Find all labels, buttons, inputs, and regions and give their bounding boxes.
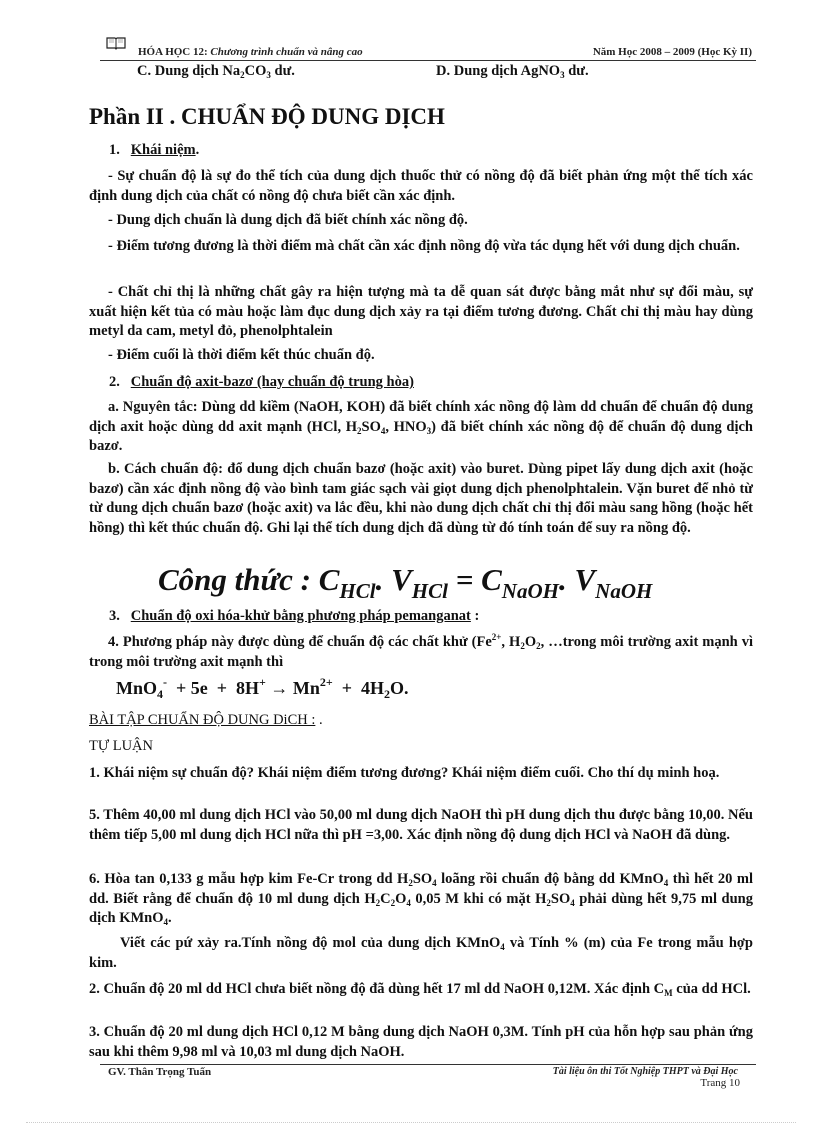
exercise-6: 6. Hòa tan 0,133 g mẫu hợp kim Fe-Cr tro… [89, 870, 753, 929]
exercise-6-followup: Viết các pứ xảy ra.Tính nồng độ mol của … [89, 934, 753, 973]
exercise-1: 1. Khái niệm sự chuẩn độ? Khái niệm điểm… [89, 764, 753, 784]
paragraph-equivalence-point: - Điểm tương đương là thời điểm mà chất … [89, 237, 753, 257]
option-d: D. Dung dịch AgNO3 dư. [436, 62, 736, 82]
paragraph-method: b. Cách chuẩn độ: đổ dung dịch chuẩn baz… [89, 460, 753, 538]
heading-concept: 1. Khái niệm. [109, 141, 773, 161]
exercise-2: 2. Chuẩn độ 20 ml dd HCl chưa biết nồng … [89, 980, 753, 1000]
option-c: C. Dung dịch Na2CO3 dư. [137, 62, 437, 82]
heading-acid-base: 2. Chuẩn độ axit-bazơ (hay chuẩn độ trun… [109, 373, 773, 393]
paragraph-principle: a. Nguyên tắc: Dùng dd kiềm (NaOH, KOH) … [89, 398, 753, 457]
exercises-heading: BÀI TẬP CHUẨN ĐỘ DUNG DiCH : . [89, 711, 753, 731]
page-footer: GV. Thân Trọng Tuấn Tài liệu ôn thi Tốt … [100, 1064, 756, 1095]
exercise-3: 3. Chuẩn độ 20 ml dung dịch HCl 0,12 M b… [89, 1023, 753, 1062]
paragraph-permanganate: 4. Phương pháp này được dùng để chuẩn độ… [89, 633, 753, 672]
paragraph-indicator: - Chất chỉ thị là những chất gây ra hiện… [89, 283, 753, 342]
section-title: Phần II . CHUẨN ĐỘ DUNG DỊCH [89, 104, 445, 130]
exercises-subheading: TỰ LUẬN [89, 737, 753, 757]
permanganate-equation: MnO4- + 5e + 8H+ → Mn2+ + 4H2O. [116, 678, 409, 699]
titration-formula: Công thức : CHCl. VHCl = CNaOH. VNaOH [158, 562, 652, 598]
footer-series: Tài liệu ôn thi Tốt Nghiệp THPT và Đại H… [553, 1066, 738, 1077]
page-header: HÓA HỌC 12: Chương trình chuẩn và nâng c… [100, 34, 756, 61]
paragraph-definition: - Sự chuẩn độ là sự đo thể tích của dung… [89, 167, 753, 206]
header-subject: HÓA HỌC 12: Chương trình chuẩn và nâng c… [138, 46, 363, 58]
exercise-5: 5. Thêm 40,00 ml dung dịch HCl vào 50,00… [89, 806, 753, 845]
header-program: Chương trình chuẩn và nâng cao [210, 46, 362, 58]
page-number: Trang 10 [700, 1077, 740, 1089]
paragraph-end-point: - Điểm cuối là thời điểm kết thúc chuẩn … [89, 346, 753, 366]
header-year: Năm Học 2008 – 2009 (Học Kỳ II) [593, 46, 752, 58]
heading-redox: 3. Chuẩn độ oxi hóa-khử bằng phương pháp… [109, 607, 773, 627]
paragraph-standard-solution: - Dung dịch chuẩn là dung dịch đã biết c… [89, 211, 753, 231]
footer-author: GV. Thân Trọng Tuấn [108, 1066, 211, 1078]
open-book-icon [106, 36, 126, 50]
